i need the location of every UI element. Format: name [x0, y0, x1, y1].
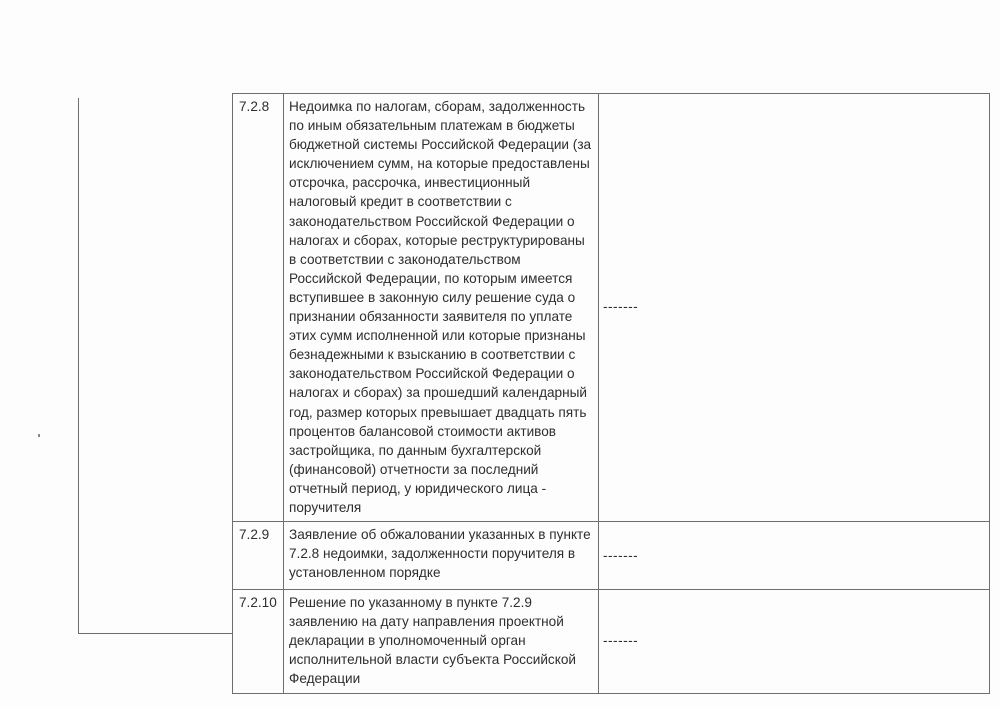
scanned-page: 7.2.8 Недоимка по налогам, сборам, задол…	[0, 0, 1000, 709]
item-number: 7.2.9	[233, 522, 284, 590]
item-value: -------	[599, 522, 990, 590]
item-value: -------	[599, 94, 990, 522]
declaration-table: 7.2.8 Недоимка по налогам, сборам, задол…	[232, 93, 990, 694]
item-description: Недоимка по налогам, сборам, задолженнос…	[284, 94, 599, 522]
table-left-margin-column	[78, 98, 233, 634]
table-row: 7.2.8 Недоимка по налогам, сборам, задол…	[233, 94, 990, 522]
item-number: 7.2.10	[233, 590, 284, 693]
item-value: -------	[599, 590, 990, 693]
item-number: 7.2.8	[233, 94, 284, 522]
item-description: Заявление об обжаловании указанных в пун…	[284, 522, 599, 590]
scan-speck	[38, 434, 40, 437]
table-row: 7.2.9 Заявление об обжаловании указанных…	[233, 522, 990, 590]
item-description: Решение по указанному в пункте 7.2.9 зая…	[284, 590, 599, 693]
table-row: 7.2.10 Решение по указанному в пункте 7.…	[233, 590, 990, 693]
